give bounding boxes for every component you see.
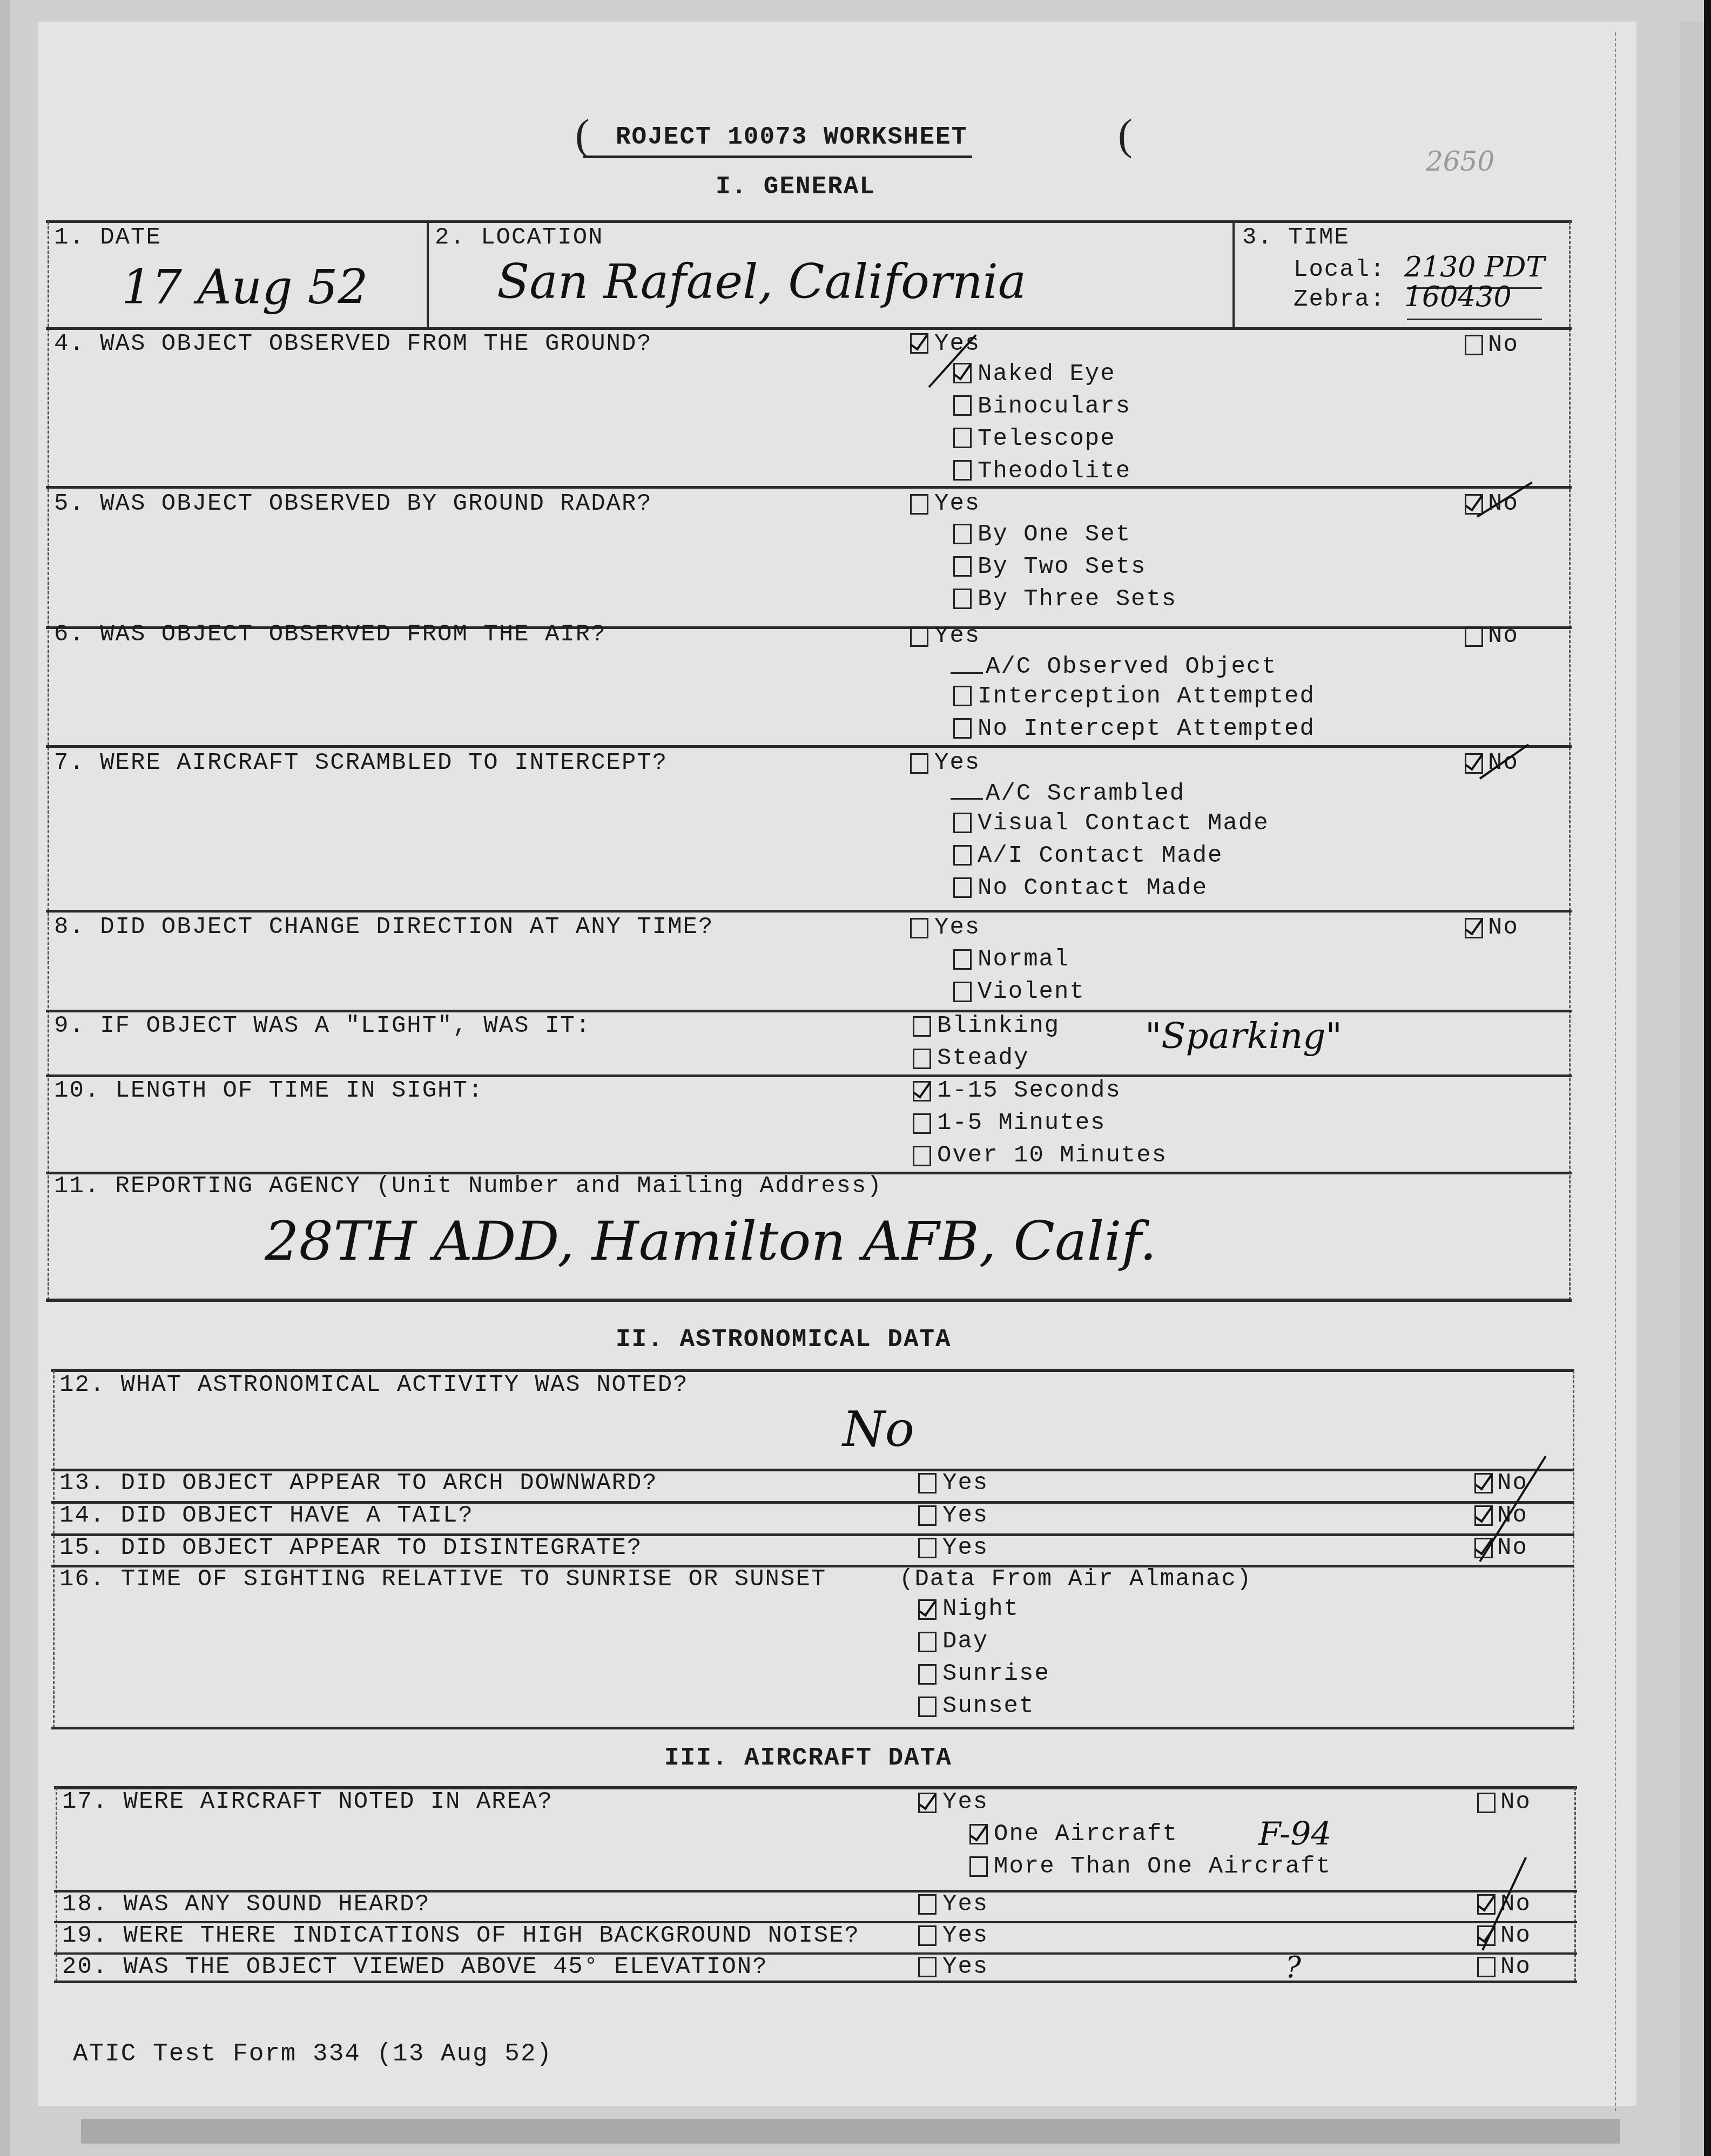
q10-1-5-minutes-checkbox[interactable] <box>913 1113 931 1134</box>
q8-option-label: Normal <box>978 946 1069 973</box>
q4-option-label: Binoculars <box>978 393 1131 420</box>
divider <box>427 221 429 328</box>
q5-two-sets-checkbox[interactable] <box>953 556 972 577</box>
q6-no-label: No <box>1488 623 1519 650</box>
q10-option-label: 1-5 Minutes <box>937 1110 1106 1137</box>
q4-theodolite-checkbox[interactable] <box>953 460 972 481</box>
zebra-time-value[interactable]: 160430 <box>1404 281 1512 313</box>
rule <box>46 745 1572 748</box>
form-right-border <box>1573 1370 1574 1728</box>
q14-yes-label: Yes <box>942 1502 988 1529</box>
q20-no-checkbox[interactable] <box>1477 1957 1496 1977</box>
q20-no-label: No <box>1500 1954 1531 1981</box>
q8-label: 8. DID OBJECT CHANGE DIRECTION AT ANY TI… <box>54 914 713 941</box>
q17-label: 17. WERE AIRCRAFT NOTED IN AREA? <box>62 1788 553 1815</box>
q6-label: 6. WAS OBJECT OBSERVED FROM THE AIR? <box>54 621 607 648</box>
form-right-border <box>1569 221 1571 1300</box>
rule <box>46 220 1572 223</box>
q7-no-contact-checkbox[interactable] <box>953 877 972 898</box>
q16-night-checkbox[interactable] <box>918 1599 937 1620</box>
q16-source-note: (Data From Air Almanac) <box>899 1566 1252 1593</box>
section-astronomical-heading: II. ASTRONOMICAL DATA <box>616 1326 952 1354</box>
section-aircraft-heading: III. AIRCRAFT DATA <box>664 1744 952 1772</box>
q4-naked-eye-checkbox[interactable] <box>953 363 972 383</box>
q4-label: 4. WAS OBJECT OBSERVED FROM THE GROUND? <box>54 330 652 357</box>
q13-label: 13. DID OBJECT APPEAR TO ARCH DOWNWARD? <box>59 1470 658 1497</box>
q14-yes-checkbox[interactable] <box>918 1505 937 1526</box>
q17-one-aircraft-checkbox[interactable] <box>969 1824 988 1844</box>
right-paren: ( <box>1118 111 1133 160</box>
local-time-label: Local: <box>1294 256 1385 283</box>
q5-label: 5. WAS OBJECT OBSERVED BY GROUND RADAR? <box>54 490 652 517</box>
q7-yes-checkbox[interactable] <box>910 753 928 774</box>
scan-left-edge <box>0 0 10 2156</box>
divider <box>1232 221 1235 328</box>
q17-option-label: More Than One Aircraft <box>994 1853 1331 1880</box>
q20-yes-checkbox[interactable] <box>918 1957 937 1977</box>
q9-label: 9. IF OBJECT WAS A "LIGHT", WAS IT: <box>54 1012 591 1039</box>
q7-option-label: No Contact Made <box>978 875 1208 902</box>
q17-no-label: No <box>1500 1789 1531 1816</box>
q5-yes-checkbox[interactable] <box>910 494 928 515</box>
q11-label: 11. REPORTING AGENCY (Unit Number and Ma… <box>54 1173 883 1200</box>
q8-no-checkbox[interactable] <box>1465 918 1483 938</box>
date-value[interactable]: 17 Aug 52 <box>122 259 368 315</box>
q7-visual-contact-checkbox[interactable] <box>953 813 972 833</box>
rule <box>46 327 1572 330</box>
q13-no-checkbox[interactable] <box>1474 1473 1493 1493</box>
q13-yes-checkbox[interactable] <box>918 1473 937 1493</box>
q16-day-checkbox[interactable] <box>918 1632 937 1652</box>
q16-option-label: Sunrise <box>942 1660 1050 1687</box>
q16-option-label: Sunset <box>942 1693 1034 1720</box>
q8-no-label: No <box>1488 914 1519 941</box>
q16-sunrise-checkbox[interactable] <box>918 1664 937 1685</box>
q17-aircraft-type-note: F-94 <box>1258 1815 1332 1853</box>
q10-option-label: 1-15 Seconds <box>937 1077 1121 1104</box>
q12-label: 12. WHAT ASTRONOMICAL ACTIVITY WAS NOTED… <box>59 1371 689 1398</box>
q4-option-label: Naked Eye <box>978 361 1116 388</box>
q9-blinking-checkbox[interactable] <box>913 1016 931 1037</box>
rule <box>46 1299 1572 1302</box>
q5-option-label: By Three Sets <box>978 586 1177 613</box>
rule <box>46 910 1572 913</box>
q7-yes-label: Yes <box>934 749 980 776</box>
page-fold-line <box>1615 32 1617 2111</box>
q15-yes-checkbox[interactable] <box>918 1538 937 1558</box>
q4-option-label: Telescope <box>978 425 1116 452</box>
q5-no-checkbox[interactable] <box>1465 494 1483 515</box>
q10-over-10-minutes-checkbox[interactable] <box>913 1146 931 1166</box>
q13-yes-label: Yes <box>942 1470 988 1497</box>
q19-label: 19. WERE THERE INDICATIONS OF HIGH BACKG… <box>62 1922 860 1949</box>
zebra-time-underline <box>1407 319 1542 320</box>
margin-note: 2650 <box>1426 146 1494 177</box>
q7-blank-line[interactable] <box>951 798 983 800</box>
scan-right-edge <box>1704 0 1711 2156</box>
q7-blank-option-label: A/C Scrambled <box>986 780 1185 807</box>
q8-option-label: Violent <box>978 978 1085 1005</box>
q18-label: 18. WAS ANY SOUND HEARD? <box>62 1891 430 1918</box>
q10-1-15-seconds-checkbox[interactable] <box>913 1081 931 1101</box>
q5-option-label: By One Set <box>978 521 1131 548</box>
q6-blank-option-label: A/C Observed Object <box>986 653 1277 680</box>
left-paren: ( <box>575 111 590 160</box>
q15-no-label: No <box>1497 1535 1528 1562</box>
q11-value[interactable]: 28TH ADD, Hamilton AFB, Calif. <box>265 1209 1157 1273</box>
q18-yes-label: Yes <box>942 1891 988 1918</box>
q8-normal-checkbox[interactable] <box>953 949 972 970</box>
location-value[interactable]: San Rafael, California <box>497 254 1026 309</box>
q4-binoculars-checkbox[interactable] <box>953 395 972 416</box>
q17-yes-checkbox[interactable] <box>918 1793 937 1813</box>
q5-yes-label: Yes <box>934 490 980 517</box>
q9-option-label: Blinking <box>937 1012 1060 1039</box>
scan-bottom-band <box>81 2119 1620 2144</box>
q15-yes-label: Yes <box>942 1535 988 1562</box>
date-label: 1. DATE <box>54 224 161 251</box>
zebra-time-label: Zebra: <box>1294 286 1385 313</box>
location-label: 2. LOCATION <box>435 224 603 251</box>
q8-violent-checkbox[interactable] <box>953 982 972 1002</box>
q7-option-label: A/I Contact Made <box>978 842 1223 869</box>
q9-steady-checkbox[interactable] <box>913 1049 931 1069</box>
rule <box>46 486 1572 489</box>
q16-label: 16. TIME OF SIGHTING RELATIVE TO SUNRISE… <box>59 1566 826 1593</box>
q17-no-checkbox[interactable] <box>1477 1793 1496 1813</box>
time-label: 3. TIME <box>1242 224 1350 251</box>
q16-option-label: Night <box>942 1596 1019 1623</box>
q7-option-label: Visual Contact Made <box>978 810 1269 837</box>
q14-no-checkbox[interactable] <box>1474 1505 1493 1526</box>
q8-yes-label: Yes <box>934 914 980 941</box>
local-time-value[interactable]: 2130 PDT <box>1404 251 1545 283</box>
q6-option-label: Interception Attempted <box>978 683 1315 710</box>
q6-no-checkbox[interactable] <box>1465 626 1483 647</box>
section-general-heading: I. GENERAL <box>716 173 875 201</box>
q5-option-label: By Two Sets <box>978 553 1146 580</box>
q14-label: 14. DID OBJECT HAVE A TAIL? <box>59 1502 474 1529</box>
q10-label: 10. LENGTH OF TIME IN SIGHT: <box>54 1077 483 1104</box>
q8-yes-checkbox[interactable] <box>910 918 928 938</box>
q19-yes-checkbox[interactable] <box>918 1925 937 1946</box>
q12-value[interactable]: No <box>843 1401 914 1458</box>
q4-option-label: Theodolite <box>978 458 1131 485</box>
title-underline <box>583 156 972 158</box>
q6-yes-label: Yes <box>934 623 980 650</box>
q6-option-label: No Intercept Attempted <box>978 715 1315 742</box>
q4-yes-checkbox[interactable] <box>910 333 928 354</box>
q20-question-note: ? <box>1285 1950 1301 1984</box>
rule <box>51 1727 1574 1729</box>
q18-no-checkbox[interactable] <box>1477 1894 1496 1915</box>
q20-label: 20. WAS THE OBJECT VIEWED ABOVE 45° ELEV… <box>62 1954 768 1981</box>
q15-label: 15. DID OBJECT APPEAR TO DISINTEGRATE? <box>59 1535 642 1562</box>
q9-option-label: Steady <box>937 1045 1029 1072</box>
form-left-border <box>53 1370 55 1728</box>
q5-three-sets-checkbox[interactable] <box>953 589 972 609</box>
q4-no-checkbox[interactable] <box>1465 335 1483 355</box>
q4-telescope-checkbox[interactable] <box>953 428 972 448</box>
q4-no-label: No <box>1488 332 1519 359</box>
q6-blank-line[interactable] <box>951 672 983 674</box>
q16-sunset-checkbox[interactable] <box>918 1697 937 1717</box>
q17-more-than-one-checkbox[interactable] <box>969 1856 988 1877</box>
q17-yes-label: Yes <box>942 1789 988 1816</box>
form-id-footer: ATIC Test Form 334 (13 Aug 52) <box>73 2040 553 2068</box>
form-left-border <box>48 221 49 1300</box>
q17-option-label: One Aircraft <box>994 1821 1178 1848</box>
q7-label: 7. WERE AIRCRAFT SCRAMBLED TO INTERCEPT? <box>54 749 668 776</box>
q7-no-checkbox[interactable] <box>1465 753 1483 774</box>
q19-yes-label: Yes <box>942 1922 988 1949</box>
q19-no-label: No <box>1500 1922 1531 1949</box>
rule <box>54 1981 1577 1983</box>
q20-yes-label: Yes <box>942 1954 988 1981</box>
q9-handwritten-note: "Sparking" <box>1145 1015 1342 1057</box>
q6-interception-attempted-checkbox[interactable] <box>953 686 972 706</box>
q16-option-label: Day <box>942 1628 988 1655</box>
q6-yes-checkbox[interactable] <box>910 626 928 647</box>
worksheet-title: ROJECT 10073 WORKSHEET <box>616 123 967 151</box>
q6-no-intercept-checkbox[interactable] <box>953 718 972 739</box>
q5-one-set-checkbox[interactable] <box>953 524 972 544</box>
q7-ai-contact-checkbox[interactable] <box>953 845 972 866</box>
q18-yes-checkbox[interactable] <box>918 1894 937 1915</box>
q10-option-label: Over 10 Minutes <box>937 1142 1167 1169</box>
